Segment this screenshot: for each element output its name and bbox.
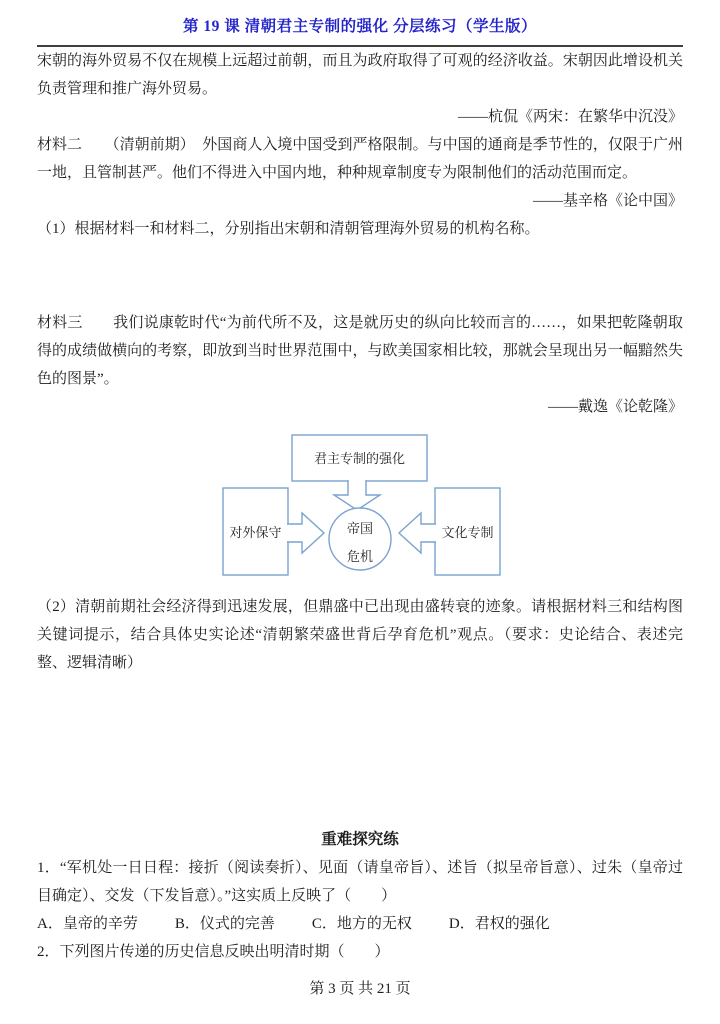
- material-two-source: ——基辛格《论中国》: [37, 187, 683, 215]
- diagram-circle-label-line2: 危机: [347, 549, 373, 564]
- structure-diagram: 君主专制的强化 对外保守 文化专制 帝国 危机: [37, 421, 683, 593]
- material-one-source: ——杭侃《两宋：在繁华中沉没》: [37, 103, 683, 131]
- option-d: D．君权的强化: [449, 910, 550, 938]
- exercise-1-text: 1．“军机处一日日程：接折（阅读奏折）、见面（请皇帝旨）、述旨（拟呈帝旨意）、过…: [37, 854, 683, 910]
- arrow-down-icon: [334, 480, 380, 510]
- question-1: （1）根据材料一和材料二，分别指出宋朝和清朝管理海外贸易的机构名称。: [37, 215, 683, 243]
- structure-diagram-svg: 君主专制的强化 对外保守 文化专制 帝国 危机: [190, 429, 530, 585]
- section-heading: 重难探究练: [37, 826, 683, 854]
- option-a: A．皇帝的辛劳: [37, 910, 138, 938]
- worksheet-page: 第 19 课 清朝君主专制的强化 分层练习（学生版） 宋朝的海外贸易不仅在规模上…: [0, 0, 720, 966]
- exercise-1-options: A．皇帝的辛劳 B．仪式的完善 C．地方的无权 D．君权的强化: [37, 910, 683, 938]
- material-two-text: 材料二 （清朝前期） 外国商人入境中国受到严格限制。与中国的通商是季节性的，仅限…: [37, 131, 683, 187]
- diagram-right-box-label: 文化专制: [441, 525, 493, 540]
- page-footer: 第 3 页 共 21 页: [0, 975, 720, 1003]
- material-one-text: 宋朝的海外贸易不仅在规模上远超过前朝，而且为政府取得了可观的经济收益。宋朝因此增…: [37, 47, 683, 103]
- answer-space-1: [37, 243, 683, 309]
- option-c: C．地方的无权: [312, 910, 412, 938]
- question-2: （2）清朝前期社会经济得到迅速发展，但鼎盛中已出现由盛转衰的迹象。请根据材料三和…: [37, 593, 683, 677]
- arrow-right-icon: [287, 513, 324, 553]
- answer-space-2: [37, 677, 683, 826]
- diagram-top-box-label: 君主专制的强化: [314, 451, 405, 466]
- material-three-source: ——戴逸《论乾隆》: [37, 393, 683, 421]
- diagram-left-box-label: 对外保守: [229, 525, 281, 540]
- exercise-2-text: 2．下列图片传递的历史信息反映出明清时期（ ）: [37, 938, 683, 966]
- option-b: B．仪式的完善: [175, 910, 275, 938]
- arrow-left-icon: [399, 513, 436, 553]
- diagram-circle-label-line1: 帝国: [347, 521, 373, 536]
- page-title: 第 19 课 清朝君主专制的强化 分层练习（学生版）: [37, 14, 683, 40]
- material-three-text: 材料三 我们说康乾时代“为前代所不及，这是就历史的纵向比较而言的……，如果把乾隆…: [37, 309, 683, 393]
